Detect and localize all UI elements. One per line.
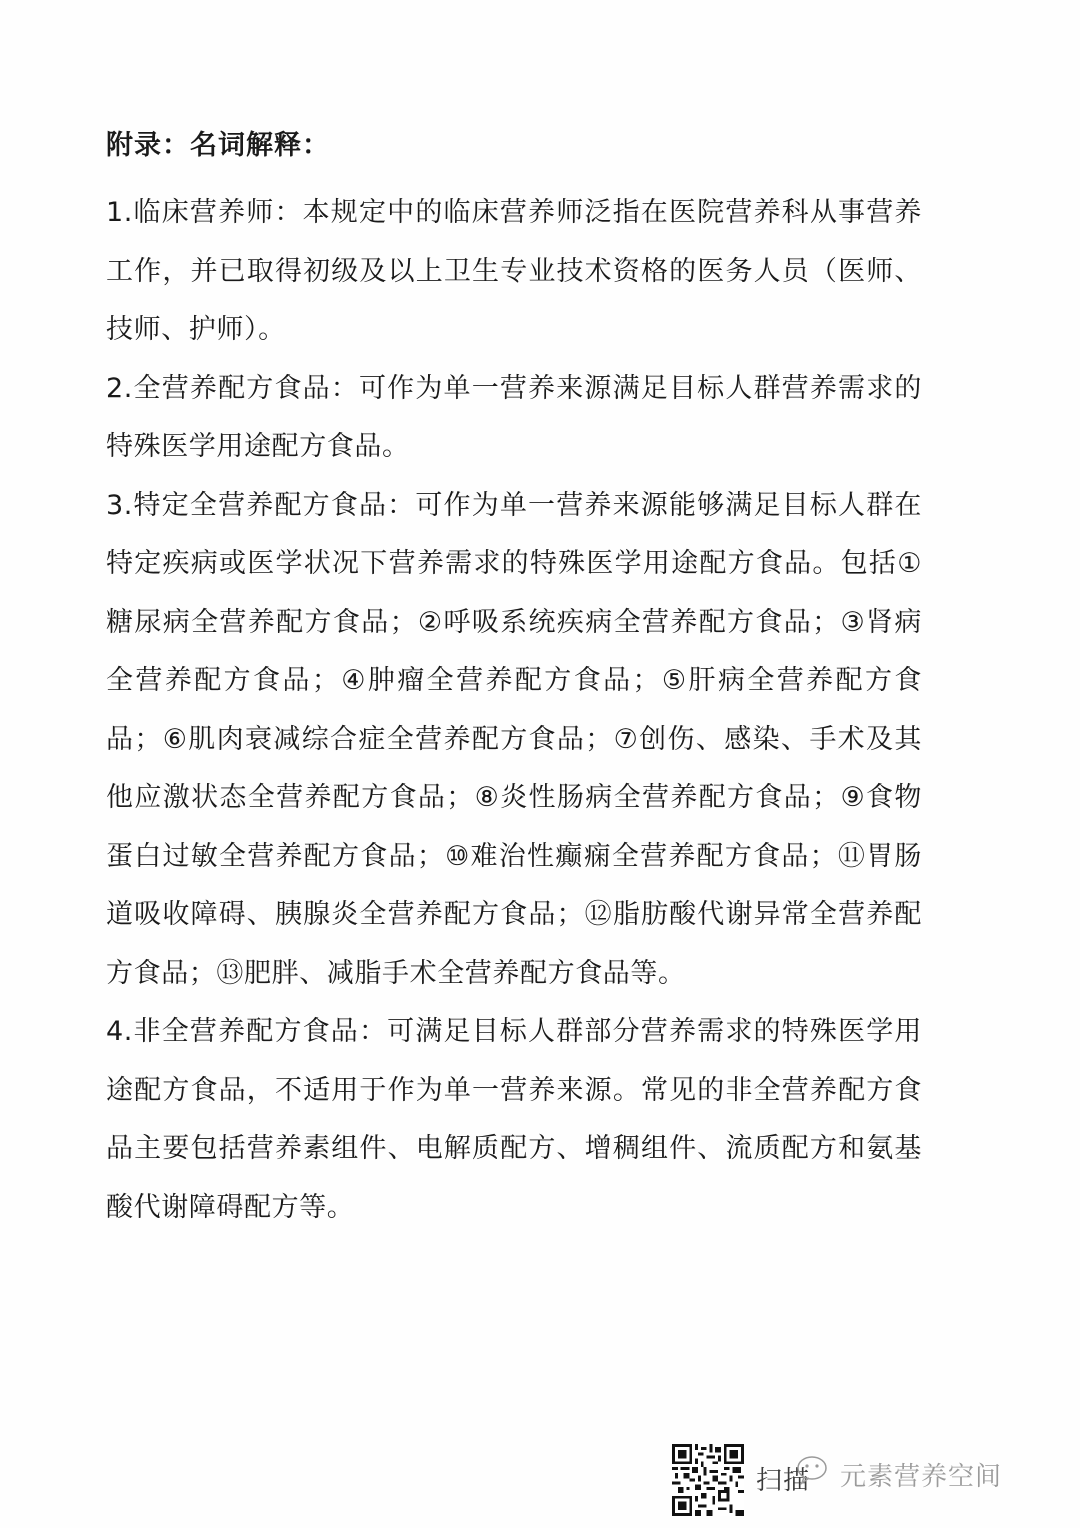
definition-complete-nutrition-formula: 2.全营养配方食品：可作为单一营养来源满足目标人群营养需求的特殊医学用途配方食品… (106, 360, 922, 477)
document-page: 附录：名词解释： 1.临床营养师：本规定中的临床营养师泛指在医院营养科从事营养工… (0, 0, 1080, 1528)
definition-incomplete-nutrition-formula: 4.非全营养配方食品：可满足目标人群部分营养需求的特殊医学用途配方食品，不适用于… (106, 1003, 922, 1237)
appendix-heading: 附录：名词解释： (106, 124, 922, 168)
watermark-text: 元素营养空间 (840, 1456, 1002, 1493)
wechat-icon (796, 1454, 836, 1488)
qr-code-icon[interactable] (672, 1444, 744, 1516)
footer-qr-area: 扫描 元素营养空间 (668, 1440, 1068, 1520)
definition-specific-complete-nutrition-formula: 3.特定全营养配方食品：可作为单一营养来源能够满足目标人群在特定疾病或医学状况下… (106, 477, 922, 1004)
definition-clinical-nutritionist: 1.临床营养师：本规定中的临床营养师泛指在医院营养科从事营养工作，并已取得初级及… (106, 184, 922, 360)
appendix-section: 附录：名词解释： 1.临床营养师：本规定中的临床营养师泛指在医院营养科从事营养工… (106, 124, 922, 1237)
